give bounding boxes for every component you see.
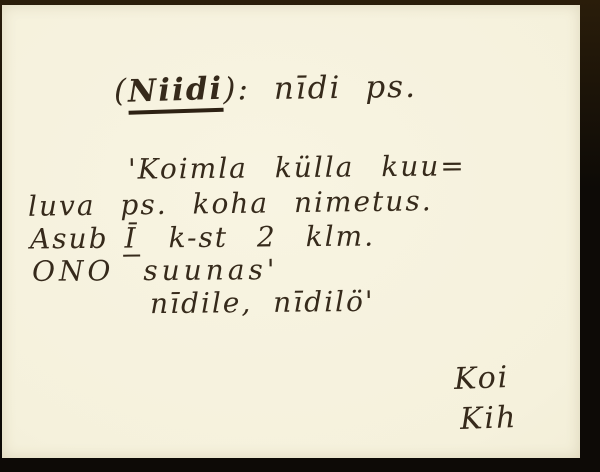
signature-village-abbr: Koi (453, 360, 509, 397)
body-line-5-phonetic-forms: nīdile, nīdilö' (150, 285, 375, 320)
headword-underlined: Niidi (127, 71, 224, 115)
heading-phonetic-form: nīdi ps. (274, 69, 418, 107)
body-line-3-suffix: k-st 2 klm. (168, 219, 375, 254)
body-line-3-prefix: Asub (30, 222, 109, 256)
heading-close-paren: ): (223, 71, 250, 107)
index-card: (Niidi): nīdi ps. 'Koimla külla kuu= luv… (2, 5, 580, 458)
scanned-document-photo: (Niidi): nīdi ps. 'Koimla külla kuu= luv… (0, 0, 600, 472)
body-line-3: AsubĪ k-st 2 klm. (30, 219, 375, 257)
body-line-3-underlined-numeral: Ī (122, 222, 139, 257)
signature-parish-abbr: Kih (459, 400, 518, 437)
body-line-2: luva ps. koha nimetus. (28, 184, 433, 223)
body-line-1: 'Koimla külla kuu= (128, 149, 466, 186)
heading-line: (Niidi): nīdi ps. (114, 69, 418, 114)
heading-open-paren: ( (114, 73, 129, 109)
body-line-4: ONO suunas' (32, 253, 279, 288)
